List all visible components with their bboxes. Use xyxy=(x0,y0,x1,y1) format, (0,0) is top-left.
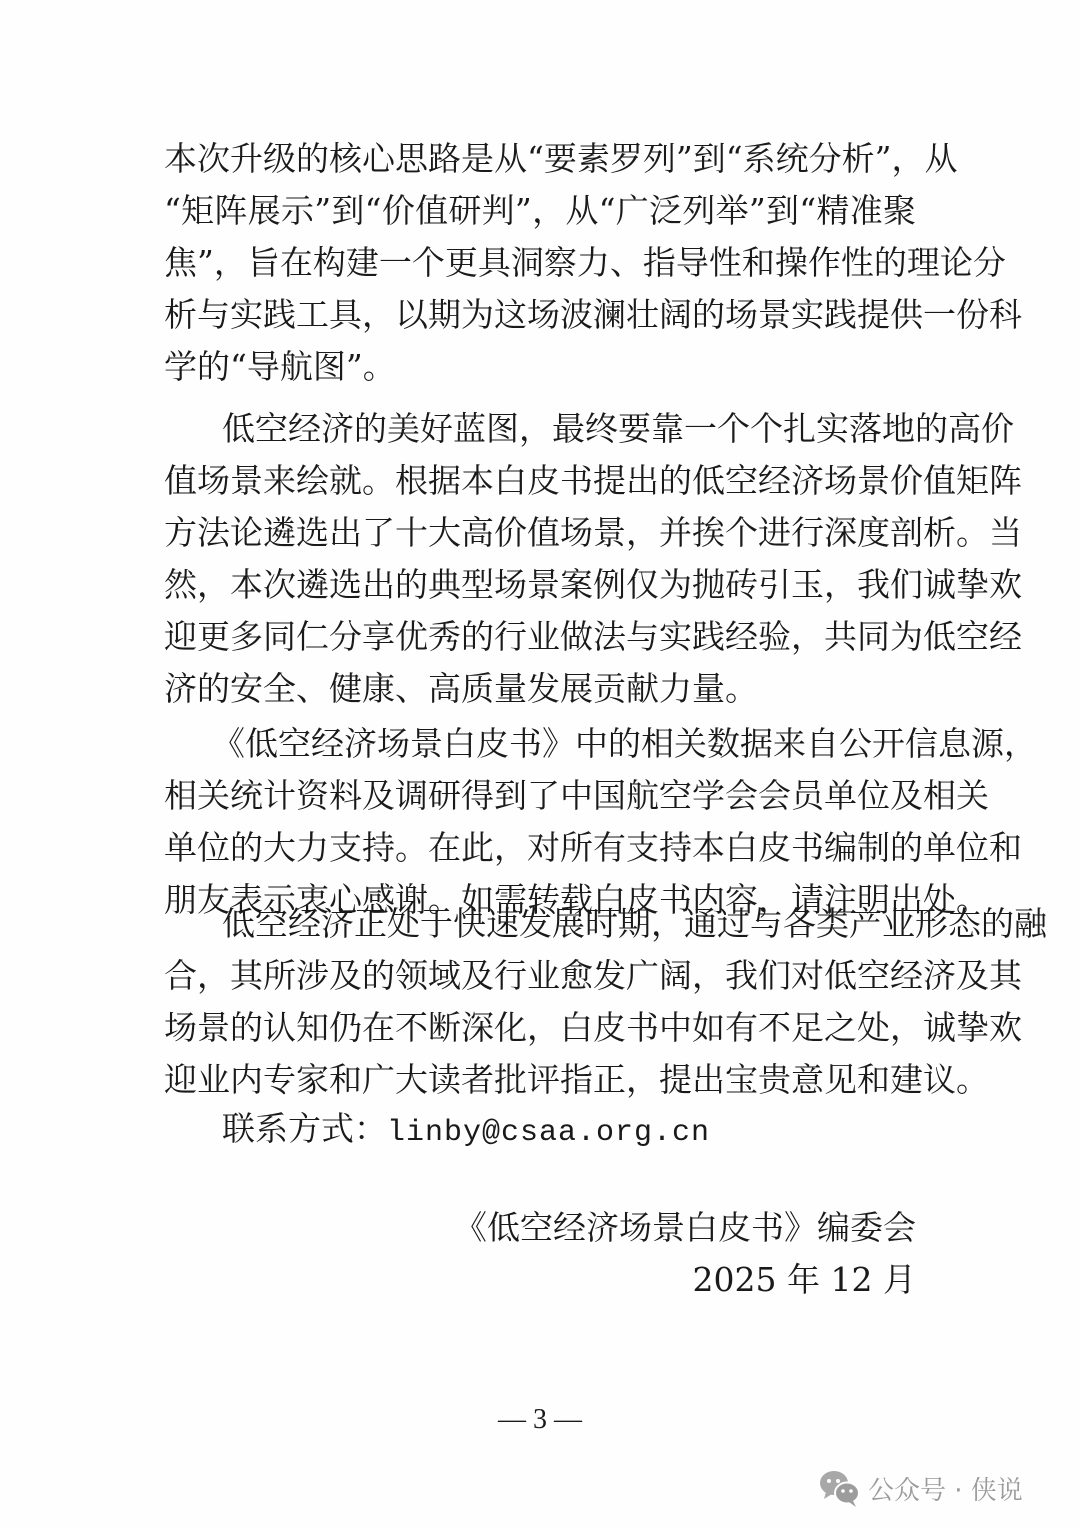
text-line: 济的安全、健康、高质量发展贡献力量。 xyxy=(164,663,916,715)
text-line: 学的“导航图”。 xyxy=(164,341,916,393)
contact-label: 联系方式： xyxy=(222,1109,387,1148)
text-line: 值场景来绘就。根据本白皮书提出的低空经济场景价值矩阵 xyxy=(164,455,916,507)
document-page: 本次升级的核心思路是从“要素罗列”到“系统分析”，从 “矩阵展示”到“价值研判”… xyxy=(0,0,1080,1527)
text-line: 析与实践工具，以期为这场波澜壮阔的场景实践提供一份科 xyxy=(164,289,916,341)
signature-date: 2025 年 12 月 xyxy=(693,1254,916,1306)
text-line: 低空经济正处于快速发展时期，通过与各类产业形态的融 xyxy=(222,898,916,950)
text-line: “矩阵展示”到“价值研判”，从“广泛列举”到“精准聚 xyxy=(164,185,916,237)
text-line: 单位的大力支持。在此，对所有支持本白皮书编制的单位和 xyxy=(164,822,916,874)
page-number: — 3 — xyxy=(0,1400,1080,1440)
contact-line: 联系方式：linby@csaa.org.cn xyxy=(222,1103,710,1159)
text-line: 《低空经济场景白皮书》中的相关数据来自公开信息源， xyxy=(212,718,938,770)
text-line: 然，本次遴选出的典型场景案例仅为抛砖引玉，我们诚挚欢 xyxy=(164,559,916,611)
watermark: 公众号 · 侠说 xyxy=(818,1466,1023,1510)
text-line: 本次升级的核心思路是从“要素罗列”到“系统分析”，从 xyxy=(164,133,916,185)
text-line: 相关统计资料及调研得到了中国航空学会会员单位及相关 xyxy=(164,770,916,822)
text-line: 迎业内专家和广大读者批评指正，提出宝贵意见和建议。 xyxy=(164,1054,916,1106)
text-line: 焦”，旨在构建一个更具洞察力、指导性和操作性的理论分 xyxy=(164,237,916,289)
wechat-icon xyxy=(818,1468,862,1508)
text-line: 场景的认知仍在不断深化，白皮书中如有不足之处，诚挚欢 xyxy=(164,1002,916,1054)
signature-org: 《低空经济场景白皮书》编委会 xyxy=(454,1202,916,1254)
text-line: 低空经济的美好蓝图，最终要靠一个个扎实落地的高价 xyxy=(222,403,916,455)
watermark-text: 公众号 · 侠说 xyxy=(868,1470,1023,1507)
text-line: 合，其所涉及的领域及行业愈发广阔，我们对低空经济及其 xyxy=(164,950,916,1002)
text-line: 方法论遴选出了十大高价值场景，并挨个进行深度剖析。当 xyxy=(164,507,916,559)
contact-email[interactable]: linby@csaa.org.cn xyxy=(387,1116,710,1150)
text-line: 迎更多同仁分享优秀的行业做法与实践经验，共同为低空经 xyxy=(164,611,916,663)
